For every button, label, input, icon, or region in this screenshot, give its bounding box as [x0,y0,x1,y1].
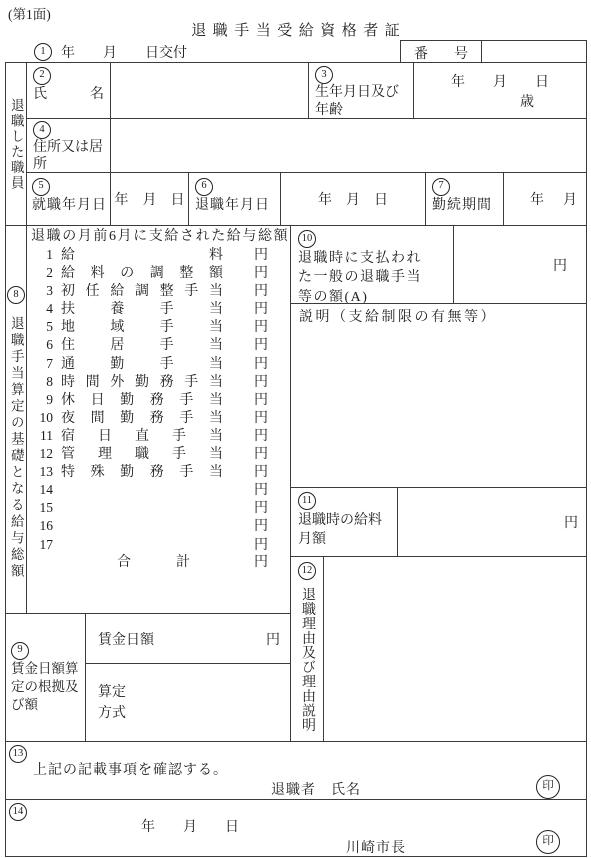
age-unit-label: 歳 [414,91,586,111]
yen-unit: 円 [254,265,268,283]
retire-reason-value-cell[interactable] [323,556,587,742]
birth-label-cell: 3 生年月日及び 年齢 [308,62,414,119]
monthly-salary-label: 退職時の給料 月額 [298,511,390,550]
salary-item-row: 14円 [39,481,268,499]
paid-allowance-label-cell: 10 退職時に支払われ た一般の退職手当 等の額(A) [290,225,454,304]
monthly-salary-label-cell: 11 退職時の給料 月額 [290,487,398,557]
field-5-number: 5 [32,178,50,196]
salary-items-cell: 退職の月前6月に支給された給与総額 1給料円 2給料の調整額円 3初任給調整手当… [26,225,291,614]
address-value-cell[interactable] [110,118,587,173]
birth-date-placeholder: 年 月 日 [414,63,586,91]
calc-method-label: 算定 方式 [98,682,126,724]
salary-section-side-label: 退職手当算定の基礎となる給与総額 [9,316,23,580]
field-14-number: 14 [9,803,27,821]
retire-date-label: 退職年月日 [195,196,274,215]
serial-number-label: 番号 [401,41,481,63]
employee-group-side-cell: 退職した職員 [5,62,27,226]
yen-unit: 円 [254,500,268,518]
hire-date-value-cell[interactable]: 年 月 日 [110,172,189,226]
form-title: 退職手当受給資格者証 [0,19,591,40]
yen-unit: 円 [266,629,280,649]
confirmation-row: 13 上記の記載事項を確認する。 退職者 氏名 印 [5,741,587,800]
yen-unit: 円 [254,247,268,265]
note-label: 説明（支給制限の有無等） [299,310,497,325]
calc-method-cell[interactable]: 算定 方式 [85,663,291,742]
field-7-number: 7 [432,178,450,196]
yen-unit: 円 [254,464,268,482]
name-label: 氏名 [33,85,104,104]
serial-number-value-cell[interactable] [481,40,587,63]
paid-allowance-label: 退職時に支払われ た一般の退職手当 等の額(A) [298,249,446,308]
salary-item-row: 8時間外勤務手当円 [39,373,268,391]
retire-reason-label: 退職理由及び理由説明 [300,587,314,732]
service-period-placeholder: 年月 [504,189,586,209]
yen-unit: 円 [254,319,268,337]
monthly-salary-value-cell[interactable]: 円 [397,487,587,557]
service-period-value-cell[interactable]: 年月 [503,172,587,226]
salary-item-row: 10夜間勤務手当円 [39,409,268,427]
yen-unit: 円 [254,446,268,464]
salary-item-row: 17円 [39,536,268,554]
field-13-number: 13 [9,745,27,763]
salary-item-row: 2給料の調整額円 [39,264,268,282]
yen-unit: 円 [254,482,268,500]
salary-items-header: 退職の月前6月に支給された給与総額 [31,227,268,246]
yen-unit: 円 [254,301,268,319]
yen-unit: 円 [254,537,268,555]
field-2-number: 2 [33,67,51,85]
address-label: 住所又は居 所 [33,139,104,174]
mayor-signature-label: 川崎市長 [346,837,406,857]
birth-value-cell[interactable]: 年 月 日 歳 [413,62,587,119]
yen-unit: 円 [254,392,268,410]
yen-unit: 円 [254,337,268,355]
salary-item-row: 16円 [39,517,268,535]
daily-wage-cell[interactable]: 賃金日額 円 [85,613,291,664]
name-label-cell: 2 氏名 [26,62,111,119]
service-period-label: 勤続期間 [432,196,497,215]
yen-unit: 円 [553,255,567,275]
salary-item-row: 4扶養手当円 [39,300,268,318]
salary-item-row: 7通勤手当円 [39,355,268,373]
retiree-signature-label: 退職者 氏名 [271,779,361,799]
salary-item-row: 5地域手当円 [39,318,268,336]
salary-item-row: 9休日勤務手当円 [39,391,268,409]
yen-unit: 円 [254,283,268,301]
issuer-row: 14 年 月 日 川崎市長 印 [5,799,587,857]
field-6-number: 6 [195,178,213,196]
salary-item-row: 3初任給調整手当円 [39,282,268,300]
birth-label: 生年月日及び 年齢 [315,84,407,120]
salary-item-row: 13特殊勤務手当円 [39,463,268,481]
salary-item-row: 6住居手当円 [39,336,268,354]
yen-unit: 円 [564,512,578,532]
field-9-number: 9 [11,642,29,660]
retiree-seal-mark: 印 [536,775,560,799]
address-label-cell: 4 住所又は居 所 [26,118,111,173]
salary-item-row: 1給料円 [39,246,268,264]
field-4-number: 4 [33,121,51,139]
salary-item-row: 11宿日直手当円 [39,427,268,445]
yen-unit: 円 [254,374,268,392]
salary-section-side-cell: 8 退職手当算定の基礎となる給与総額 [5,225,27,614]
salary-total-label: 合計 [117,554,190,572]
issuer-date-placeholder: 年 月 日 [141,816,239,836]
field-12-number: 12 [298,562,316,580]
field-11-number: 11 [298,492,316,510]
hire-date-placeholder: 年 月 日 [115,189,185,209]
confirmation-text: 上記の記載事項を確認する。 [33,759,228,779]
service-period-label-cell: 7 勤続期間 [425,172,504,226]
wage-section-label-cell: 9 賃金日額算 定の根拠及 び額 [5,613,86,742]
field-8-number: 8 [7,286,25,304]
retire-date-placeholder: 年 月 日 [318,189,388,209]
paid-allowance-value-cell[interactable]: 円 [453,225,587,304]
serial-number-label-cell: 番号 [400,40,482,63]
yen-unit: 円 [254,428,268,446]
yen-unit: 円 [254,554,268,572]
yen-unit: 円 [254,410,268,428]
hire-date-label: 就職年月日 [32,196,105,215]
note-cell[interactable]: 説明（支給制限の有無等） [290,303,587,488]
daily-wage-label: 賃金日額 [98,629,154,649]
yen-unit: 円 [254,518,268,536]
field-10-number: 10 [298,230,316,248]
hire-date-label-cell: 5 就職年月日 [26,172,111,226]
salary-total-row: 合計円 [39,554,268,572]
issue-date-line: 1 年 月 日交付 [34,42,187,62]
retirement-allowance-certificate-form: (第1面) 退職手当受給資格者証 1 年 月 日交付 番号 退職した職員 2 氏… [0,0,591,858]
mayor-seal-mark: 印 [536,830,560,854]
salary-item-row: 12管理職手当円 [39,445,268,463]
employee-group-side-label: 退職した職員 [9,98,23,191]
salary-item-row: 15円 [39,499,268,517]
field-1-number: 1 [34,43,52,61]
yen-unit: 円 [254,356,268,374]
retire-date-value-cell[interactable]: 年 月 日 [280,172,426,226]
name-value-cell[interactable] [110,62,309,119]
wage-section-label: 賃金日額算 定の根拠及 び額 [11,660,80,714]
issue-date-label: 年 月 日交付 [61,42,187,62]
retire-reason-label-cell: 12 退職理由及び理由説明 [290,556,324,742]
retire-date-label-cell: 6 退職年月日 [188,172,281,226]
field-3-number: 3 [315,66,333,84]
